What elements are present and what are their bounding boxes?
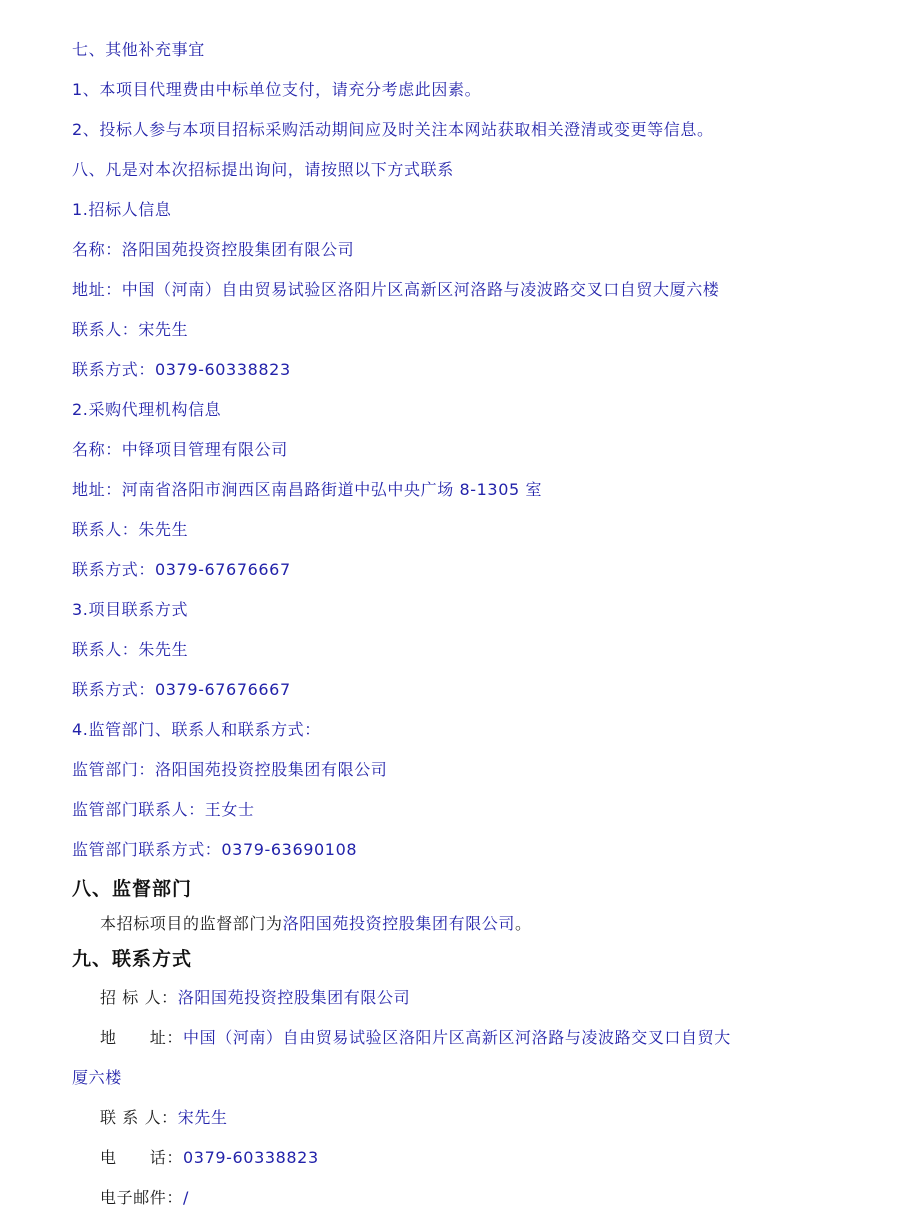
agency-name: 名称：中铎项目管理有限公司 [72, 438, 288, 462]
supervision-section-title: 八、监督部门 [72, 876, 192, 902]
tenderer-info-heading: 1.招标人信息 [72, 198, 171, 222]
contact-phone-value: 0379-60338823 [183, 1148, 319, 1167]
supervision-statement-suffix: 。 [515, 914, 532, 933]
tenderer-contact: 联系人：宋先生 [72, 318, 188, 342]
supervision-phone: 监管部门联系方式：0379-63690108 [72, 838, 357, 862]
agency-info-heading: 2.采购代理机构信息 [72, 398, 221, 422]
contact-email-value: / [183, 1188, 189, 1207]
contact-tenderer-label: 招 标 人： [100, 986, 178, 1010]
tenderer-address: 地址：中国（河南）自由贸易试验区洛阳片区高新区河洛路与凌波路交叉口自贸大厦六楼 [72, 278, 719, 302]
supervision-statement-prefix: 本招标项目的监督部门为 [100, 914, 283, 933]
contact-tenderer-value: 洛阳国苑投资控股集团有限公司 [178, 988, 410, 1007]
contact-address-row: 地 址：中国（河南）自由贸易试验区洛阳片区高新区河洛路与凌波路交叉口自贸大 [100, 1026, 731, 1050]
contact-address-value-line2: 厦六楼 [72, 1066, 122, 1090]
inquiry-section-title: 八、凡是对本次招标提出询问，请按照以下方式联系 [72, 158, 454, 182]
supervision-contact: 监管部门联系人：王女士 [72, 798, 255, 822]
tenderer-phone: 联系方式：0379-60338823 [72, 358, 291, 382]
project-contact-heading: 3.项目联系方式 [72, 598, 188, 622]
project-contact-person: 联系人：朱先生 [72, 638, 188, 662]
contact-person-label: 联 系 人： [100, 1106, 178, 1130]
agency-address: 地址：河南省洛阳市涧西区南昌路街道中弘中央广场 8-1305 室 [72, 478, 542, 502]
agency-phone: 联系方式：0379-67676667 [72, 558, 291, 582]
contact-email-row: 电子邮件：/ [100, 1186, 189, 1210]
contact-phone-row: 电 话：0379-60338823 [100, 1146, 319, 1170]
supervision-info-heading: 4.监管部门、联系人和联系方式： [72, 718, 321, 742]
contact-person-row: 联 系 人：宋先生 [100, 1106, 228, 1130]
section-seven-item-2: 2、投标人参与本项目招标采购活动期间应及时关注本网站获取相关澄清或变更等信息。 [72, 118, 714, 142]
contact-section-title: 九、联系方式 [72, 946, 192, 972]
contact-email-label: 电子邮件： [100, 1186, 183, 1210]
contact-person-value: 宋先生 [178, 1108, 228, 1127]
contact-address-label: 地 址： [100, 1026, 183, 1050]
tenderer-name: 名称：洛阳国苑投资控股集团有限公司 [72, 238, 354, 262]
contact-tenderer-row: 招 标 人：洛阳国苑投资控股集团有限公司 [100, 986, 410, 1010]
agency-contact: 联系人：朱先生 [72, 518, 188, 542]
contact-address-value-line1: 中国（河南）自由贸易试验区洛阳片区高新区河洛路与凌波路交叉口自贸大 [183, 1028, 731, 1047]
contact-phone-label: 电 话： [100, 1146, 183, 1170]
supervision-statement: 本招标项目的监督部门为洛阳国苑投资控股集团有限公司。 [100, 912, 532, 936]
supervision-department: 监管部门：洛阳国苑投资控股集团有限公司 [72, 758, 387, 782]
project-contact-phone: 联系方式：0379-67676667 [72, 678, 291, 702]
section-seven-item-1: 1、本项目代理费由中标单位支付，请充分考虑此因素。 [72, 78, 481, 102]
section-seven-title: 七、其他补充事宜 [72, 38, 205, 62]
supervision-statement-value: 洛阳国苑投资控股集团有限公司 [283, 914, 515, 933]
